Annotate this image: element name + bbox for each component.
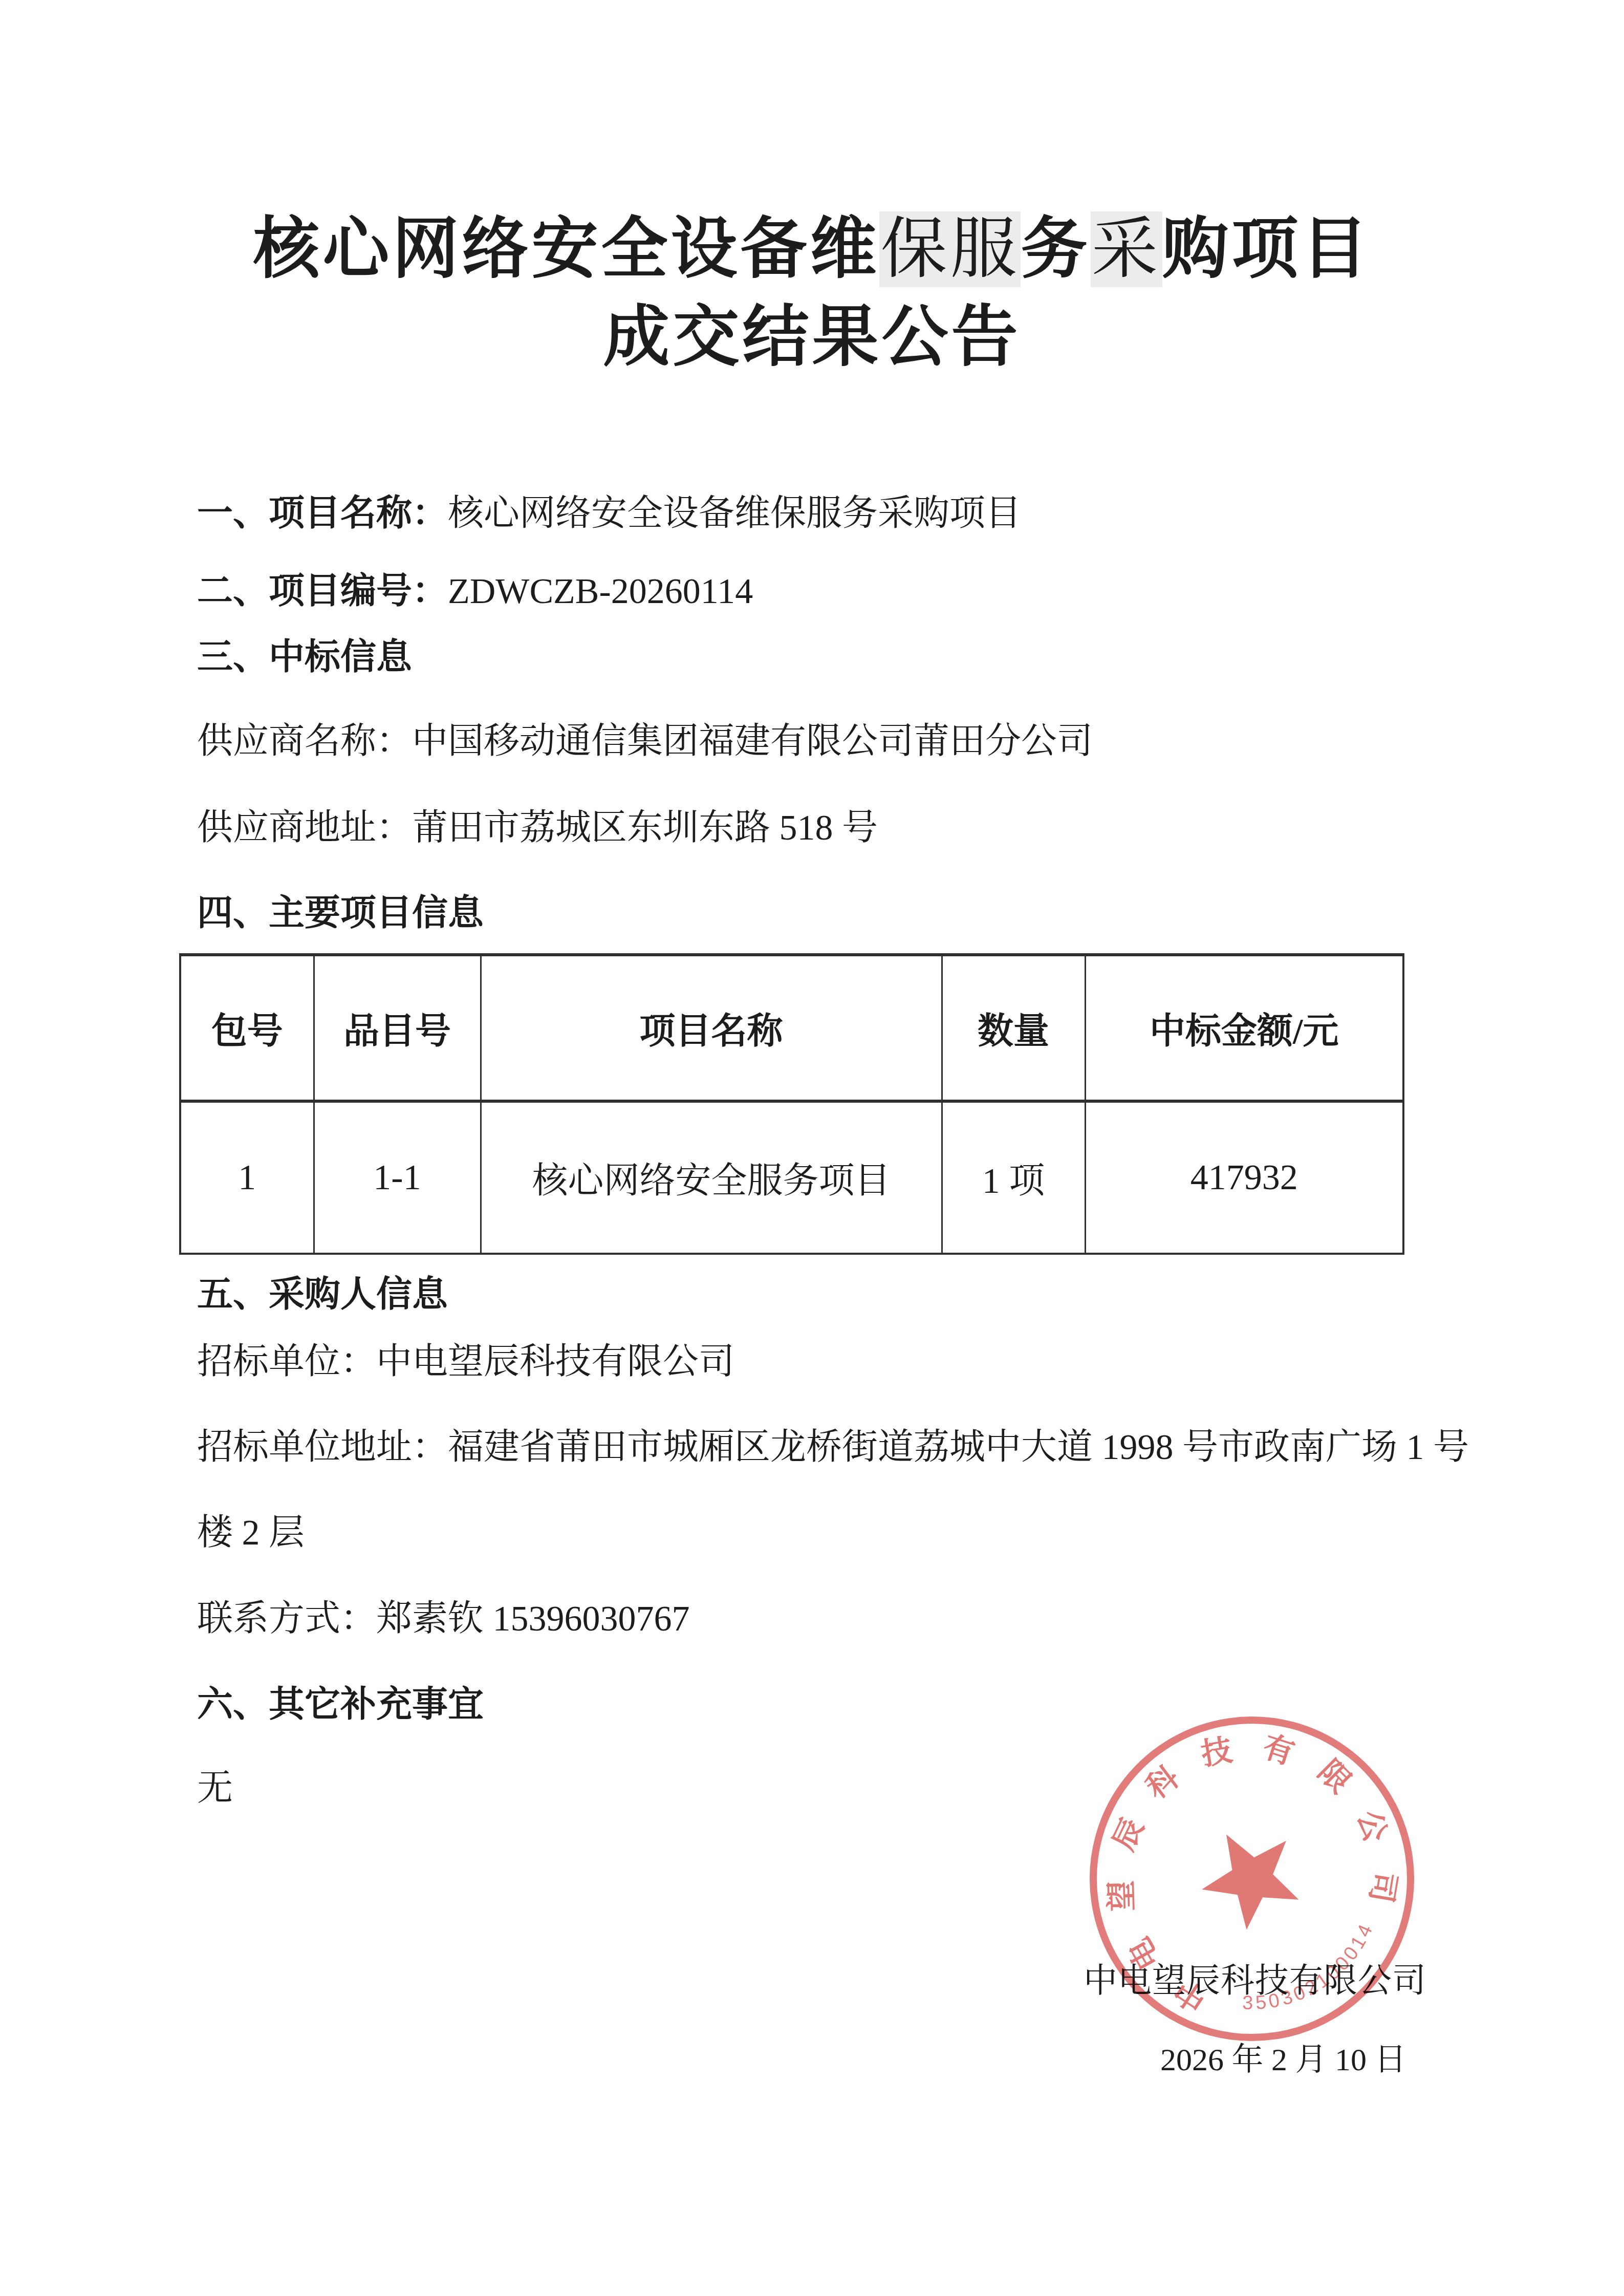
project-info-table: 包号 品目号 项目名称 数量 中标金额/元 1 1-1 核心网络安全服务项目 1… — [179, 953, 1404, 1255]
seal-star-icon — [1184, 1810, 1315, 1939]
table-header-row: 包号 品目号 项目名称 数量 中标金额/元 — [180, 955, 1403, 1101]
supplier-name-label: 供应商名称： — [197, 722, 412, 761]
supplier-name-line: 供应商名称：中国移动通信集团福建有限公司莆田分公司 — [197, 719, 1093, 764]
seal-outer-ring — [1073, 1700, 1431, 2058]
title-patched-chars: 采 — [1091, 211, 1162, 287]
tender-unit-value: 中电望辰科技有限公司 — [376, 1342, 734, 1382]
cell-project-name: 核心网络安全服务项目 — [481, 1101, 942, 1254]
title-segment: 核心网络安全设备维 — [253, 212, 879, 286]
col-header-package-no: 包号 — [180, 955, 314, 1101]
title-segment: 购项目 — [1162, 212, 1371, 286]
contact-value: 郑素钦 15396030767 — [376, 1599, 690, 1639]
svg-text:3503021000142: 3503021000142 — [1178, 1821, 1393, 2033]
col-header-quantity: 数量 — [942, 955, 1085, 1101]
cell-item-no: 1-1 — [314, 1101, 481, 1254]
tender-address-label: 招标单位地址： — [197, 1428, 448, 1467]
signature-date: 2026 年 2 月 10 日 — [1160, 2034, 1406, 2079]
tender-address-value: 福建省莆田市城厢区龙桥街道荔城中大道 1998 号市政南广场 1 号 — [448, 1428, 1469, 1467]
title-segment: 务 — [1021, 212, 1090, 286]
tender-address-line: 招标单位地址：福建省莆田市城厢区龙桥街道荔城中大道 1998 号市政南广场 1 … — [197, 1425, 1469, 1470]
seal-registration-number: 3503021000142 — [1178, 1821, 1393, 2033]
section-2-value: ZDWCZB-20260114 — [448, 572, 753, 611]
col-header-award-amount: 中标金额/元 — [1085, 955, 1403, 1101]
company-seal-stamp: 中电望辰科技有限公司 3503021000142 — [1073, 1700, 1431, 2058]
section-2-project-number: 二、项目编号：ZDWCZB-20260114 — [197, 568, 753, 614]
section-4-heading: 四、主要项目信息 — [197, 890, 484, 935]
section-6-heading: 六、其它补充事宜 — [197, 1682, 484, 1727]
supplier-address-value: 莆田市荔城区东圳东路 518 号 — [412, 808, 878, 848]
document-title-line1: 核心网络安全设备维保服务采购项目 — [0, 215, 1624, 284]
announcement-document-page: 核心网络安全设备维保服务采购项目 成交结果公告 一、项目名称：核心网络安全设备维… — [0, 0, 1624, 2296]
section-1-value: 核心网络安全设备维保服务采购项目 — [448, 494, 1021, 533]
contact-line: 联系方式：郑素钦 15396030767 — [197, 1597, 690, 1642]
table-row: 1 1-1 核心网络安全服务项目 1 项 417932 — [180, 1101, 1403, 1254]
section-6-value-none: 无 — [197, 1766, 233, 1811]
cell-quantity: 1 项 — [942, 1101, 1085, 1254]
title-patched-chars: 保服 — [879, 211, 1021, 287]
section-1-project-name: 一、项目名称：核心网络安全设备维保服务采购项目 — [197, 490, 1021, 537]
contact-label: 联系方式： — [197, 1599, 376, 1639]
col-header-item-no: 品目号 — [314, 955, 481, 1101]
section-3-heading: 三、中标信息 — [197, 634, 412, 679]
document-title-line2: 成交结果公告 — [0, 303, 1624, 372]
cell-package-no: 1 — [180, 1101, 314, 1254]
tender-unit-label: 招标单位： — [197, 1342, 376, 1382]
supplier-address-label: 供应商地址： — [197, 808, 412, 848]
tender-address-line2: 楼 2 层 — [197, 1511, 305, 1556]
supplier-name-value: 中国移动通信集团福建有限公司莆田分公司 — [412, 722, 1093, 761]
section-5-heading: 五、采购人信息 — [197, 1272, 448, 1317]
section-1-label: 一、项目名称： — [197, 493, 448, 533]
tender-unit-line: 招标单位：中电望辰科技有限公司 — [197, 1340, 734, 1385]
supplier-address-line: 供应商地址：莆田市荔城区东圳东路 518 号 — [197, 806, 878, 851]
col-header-project-name: 项目名称 — [481, 955, 942, 1101]
section-2-label: 二、项目编号： — [197, 571, 448, 611]
cell-award-amount: 417932 — [1085, 1101, 1403, 1254]
signature-company-name: 中电望辰科技有限公司 — [1084, 1953, 1426, 2002]
